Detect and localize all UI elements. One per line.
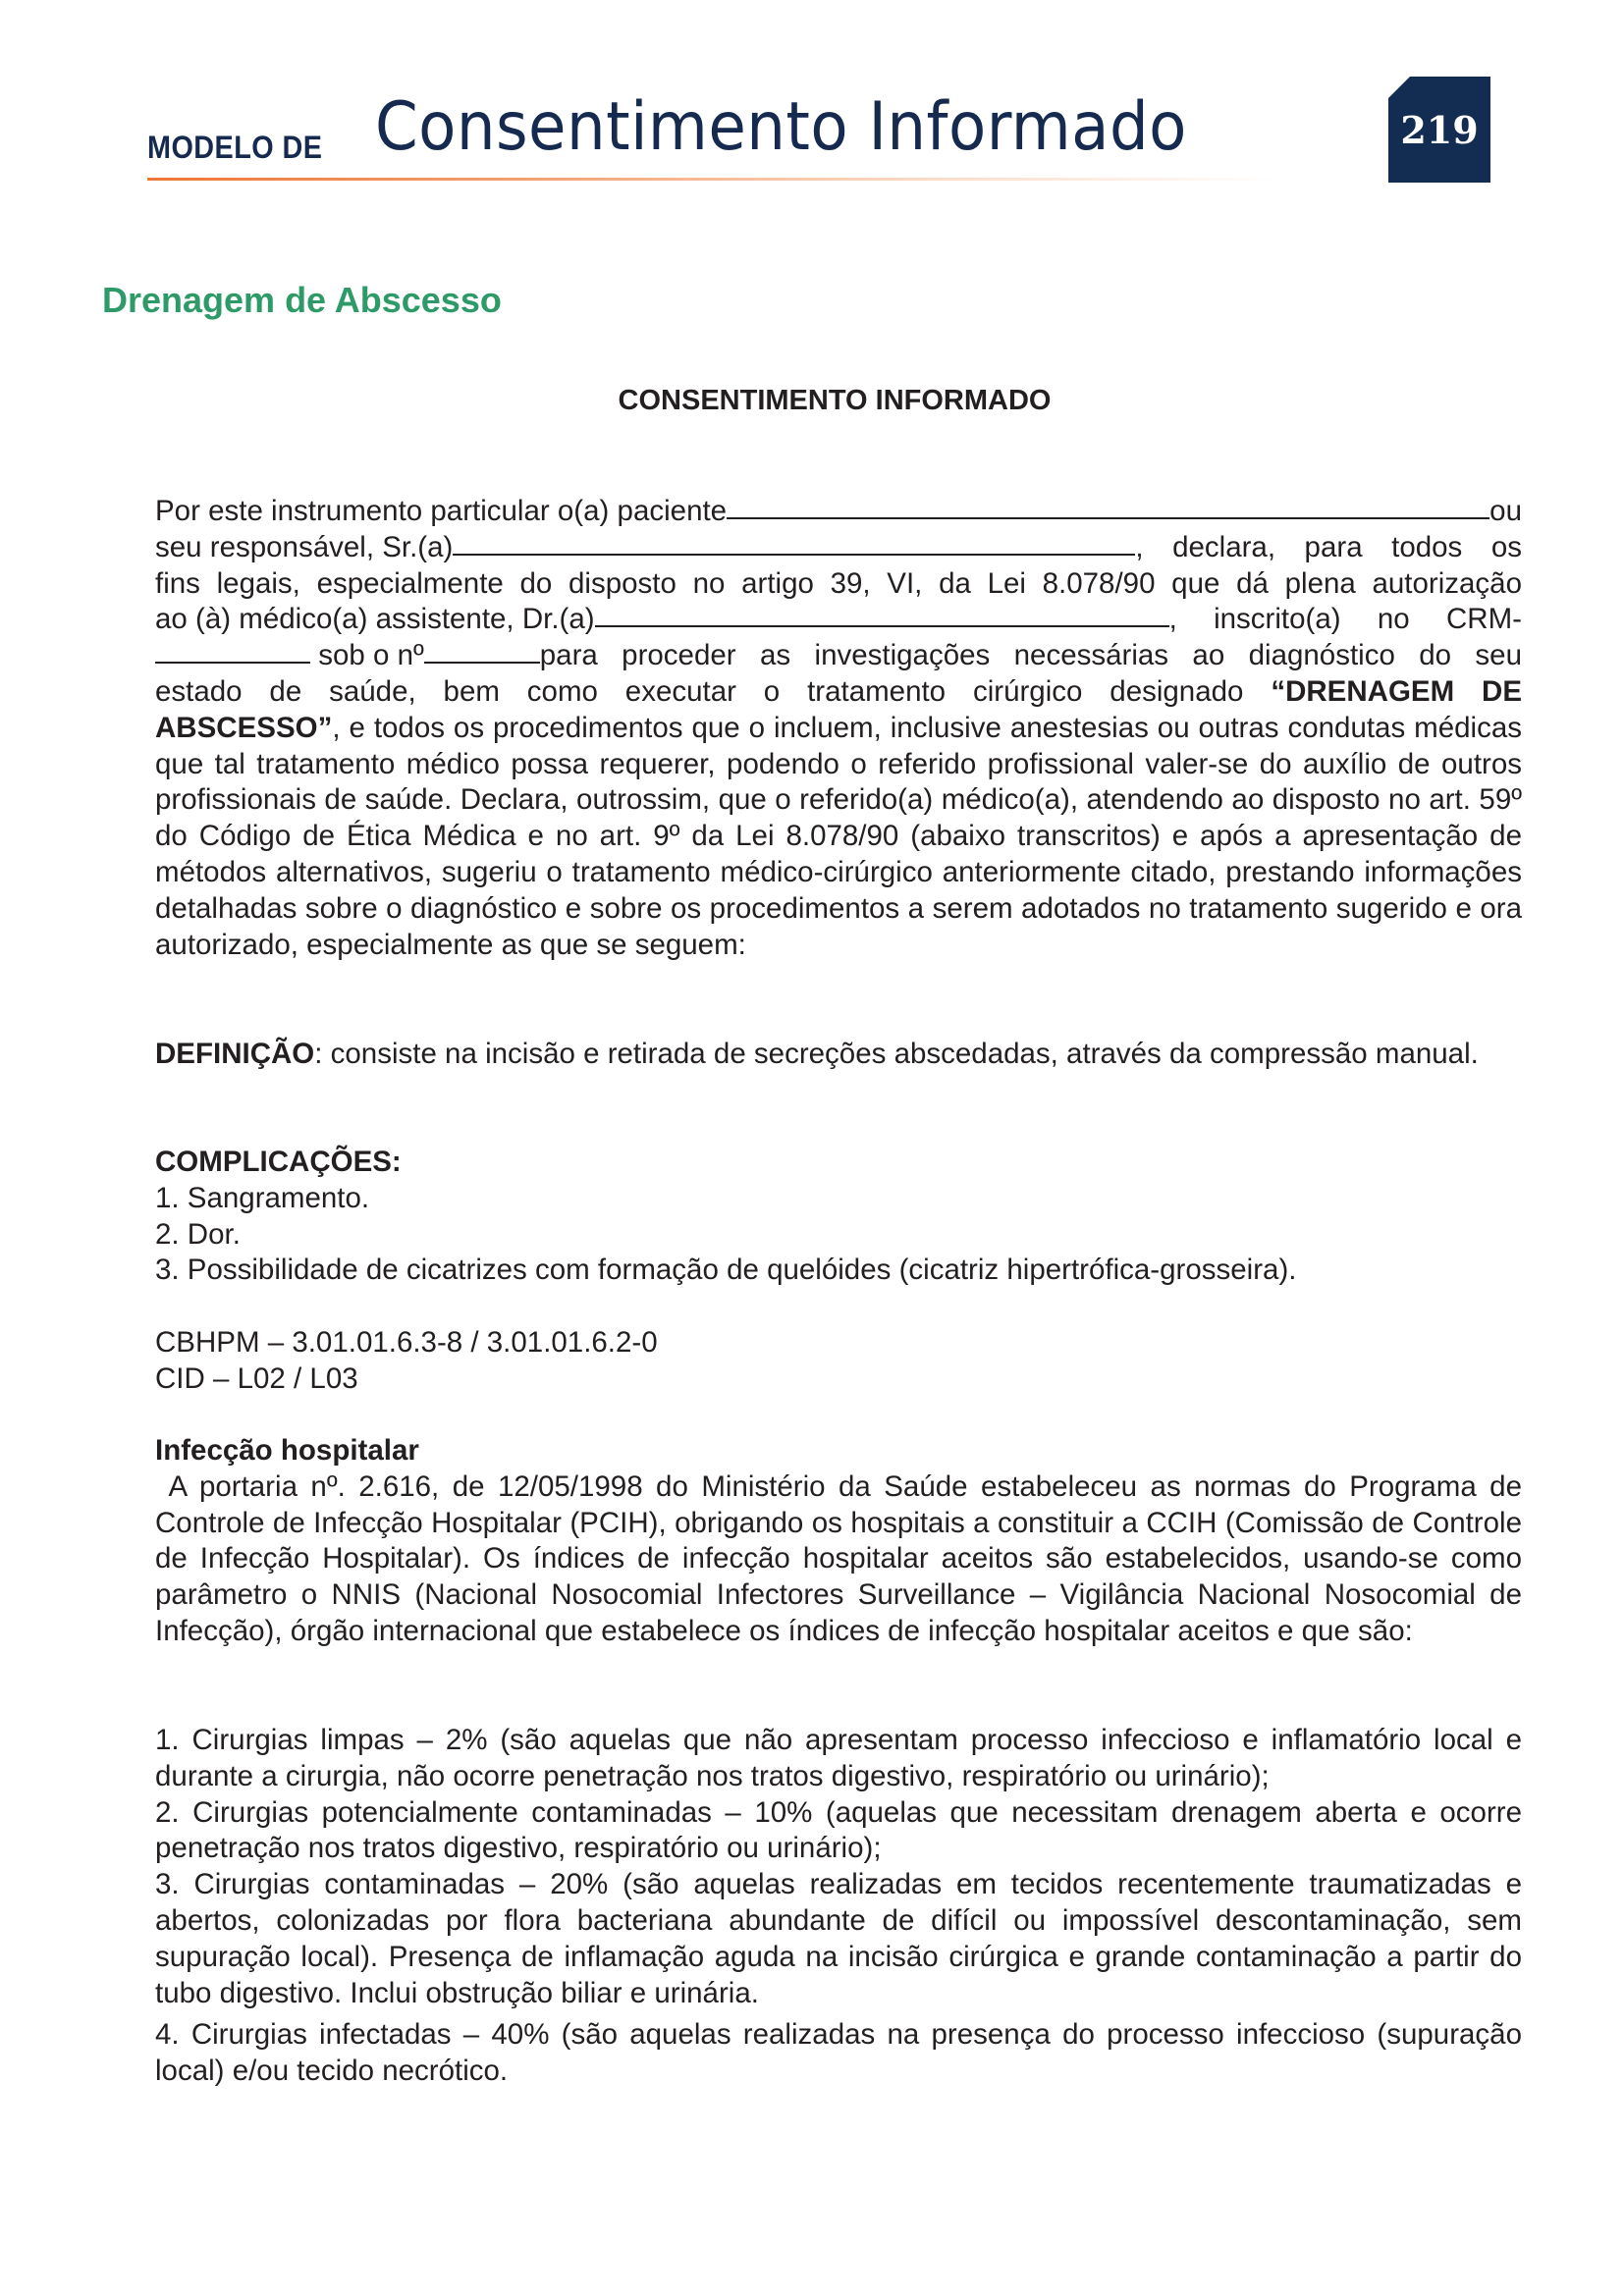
patient-name-field[interactable] [727, 494, 1489, 519]
consent-text: ao (à) médico(a) assistente, Dr.(a) [155, 602, 595, 638]
definition-paragraph: DEFINIÇÃO: consiste na incisão e retirad… [155, 1037, 1522, 1073]
complication-item: 1. Sangramento. [155, 1181, 1522, 1217]
section-title: Drenagem de Abscesso [102, 280, 502, 321]
header-prefix: MODELO DE [147, 130, 322, 166]
doctor-name-field[interactable] [595, 602, 1169, 627]
infection-rate-item: 4. Cirurgias infectadas – 40% (são aquel… [155, 2017, 1522, 2090]
consent-text: seu responsável, Sr.(a) [155, 530, 453, 566]
document-title: CONSENTIMENTO INFORMADO [0, 385, 1624, 417]
infection-rate-item: 2. Cirurgias potencialmente contaminadas… [155, 1795, 1522, 1868]
crm-state-field[interactable] [155, 638, 310, 664]
consent-text: fins legais, especialmente do disposto n… [155, 566, 1522, 603]
infection-intro: A portaria nº. 2.616, de 12/05/1998 do M… [155, 1469, 1522, 1650]
crm-number-field[interactable] [424, 638, 540, 664]
consent-text: Por este instrumento particular o(a) pac… [155, 494, 727, 530]
cid-code: CID – L02 / L03 [155, 1362, 1522, 1398]
header-divider [147, 178, 1276, 181]
infection-rate-item: 3. Cirurgias contaminadas – 20% (são aqu… [155, 1867, 1522, 2011]
infection-title: Infecção hospitalar [155, 1434, 419, 1467]
complication-item: 3. Possibilidade de cicatrizes com forma… [155, 1253, 1522, 1289]
consent-text: sob o nº [318, 638, 424, 674]
consent-text: , e todos os procedimentos que o incluem… [155, 712, 1522, 961]
procedure-name: ABSCESSO” [155, 712, 332, 744]
definition-label: DEFINIÇÃO [155, 1038, 314, 1070]
complication-item: 2. Dor. [155, 1217, 1522, 1254]
procedure-name: “DRENAGEM DE [1271, 675, 1522, 708]
consent-text: , inscrito(a) no CRM- [1169, 602, 1522, 638]
complications-section: COMPLICAÇÕES: 1. Sangramento. 2. Dor. 3.… [155, 1145, 1522, 1289]
guardian-name-field[interactable] [453, 530, 1135, 556]
infection-section: Infecção hospitalar A portaria nº. 2.616… [155, 1433, 1522, 1650]
infection-rates-list: 1. Cirurgias limpas – 2% (são aquelas qu… [155, 1723, 1522, 2090]
header-title: Consentimento Informado [375, 88, 1187, 166]
definition-text: : consiste na incisão e retirada de secr… [314, 1038, 1479, 1070]
page-number: 219 [1400, 108, 1478, 152]
complications-label: COMPLICAÇÕES: [155, 1146, 402, 1178]
cbhpm-code: CBHPM – 3.01.01.6.3-8 / 3.01.01.6.2-0 [155, 1325, 1522, 1362]
codes-section: CBHPM – 3.01.01.6.3-8 / 3.01.01.6.2-0 CI… [155, 1325, 1522, 1398]
consent-paragraph: Por este instrumento particular o(a) pac… [155, 494, 1522, 963]
page-header: MODELO DE Consentimento Informado [147, 88, 1276, 187]
consent-text: para proceder as investigações necessári… [540, 638, 1522, 674]
consent-text: estado de saúde, bem como executar o tra… [155, 675, 1243, 708]
consent-text: , declara, para todos os [1135, 530, 1522, 566]
infection-rate-item: 1. Cirurgias limpas – 2% (são aquelas qu… [155, 1723, 1522, 1795]
page-number-badge: 219 [1388, 77, 1490, 183]
consent-text: ou [1489, 494, 1522, 530]
